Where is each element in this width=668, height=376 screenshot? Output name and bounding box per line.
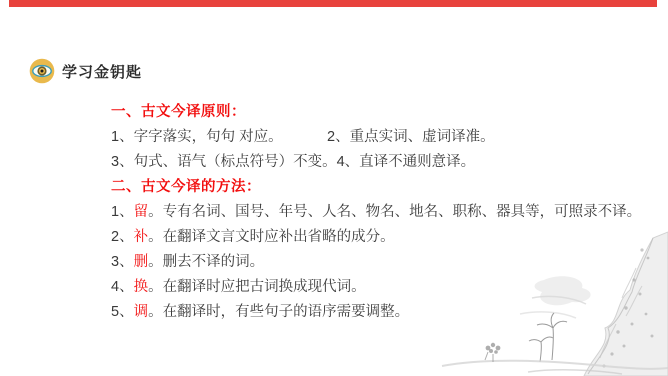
method-key-char: 留 xyxy=(134,204,149,220)
method-row: 3、删。删去不译的词。 xyxy=(111,250,667,275)
method-row: 1、留。专有名词、国号、年号、人名、物名、地名、职称、器具等，可照录不译。 xyxy=(111,200,667,225)
top-accent-bar xyxy=(9,0,657,7)
slide-body: 一、古文今译原则： 1、字字落实，句句 对应。2、重点实词、虚词译准。 3、句式… xyxy=(111,100,667,325)
method-description: 。在翻译时应把古词换成现代词。 xyxy=(148,279,366,295)
method-key-char: 调 xyxy=(134,304,149,320)
slide-header: 学习金钥匙 xyxy=(29,58,142,84)
method-row: 2、补。在翻译文言文时应补出省略的成分。 xyxy=(111,225,667,250)
presentation-slide: 学习金钥匙 一、古文今译原则： 1、字字落实，句句 对应。2、重点实词、虚词译准… xyxy=(0,0,668,376)
principle-2: 2、重点实词、虚词译准。 xyxy=(327,129,495,145)
method-description: 。删去不译的词。 xyxy=(148,254,264,270)
method-number: 1、 xyxy=(111,204,134,220)
method-key-char: 删 xyxy=(134,254,149,270)
method-description: 。在翻译文言文时应补出省略的成分。 xyxy=(148,229,395,245)
method-number: 5、 xyxy=(111,304,134,320)
eye-badge-icon xyxy=(29,58,55,84)
method-key-char: 补 xyxy=(134,229,149,245)
method-description: 。在翻译时，有些句子的语序需要调整。 xyxy=(148,304,409,320)
principles-row-2: 3、句式、语气（标点符号）不变。4、直译不通则意译。 xyxy=(111,150,667,175)
method-row: 4、换。在翻译时应把古词换成现代词。 xyxy=(111,275,667,300)
principle-1: 1、字字落实，句句 对应。 xyxy=(111,125,327,150)
section2-heading: 二、古文今译的方法： xyxy=(111,175,667,200)
section1-heading: 一、古文今译原则： xyxy=(111,100,667,125)
method-number: 2、 xyxy=(111,229,134,245)
method-description: 。专有名词、国号、年号、人名、物名、地名、职称、器具等，可照录不译。 xyxy=(148,204,641,220)
principles-row-1: 1、字字落实，句句 对应。2、重点实词、虚词译准。 xyxy=(111,125,667,150)
slide-title: 学习金钥匙 xyxy=(62,61,142,82)
method-row: 5、调。在翻译时，有些句子的语序需要调整。 xyxy=(111,300,667,325)
method-number: 3、 xyxy=(111,254,134,270)
method-number: 4、 xyxy=(111,279,134,295)
method-key-char: 换 xyxy=(134,279,149,295)
